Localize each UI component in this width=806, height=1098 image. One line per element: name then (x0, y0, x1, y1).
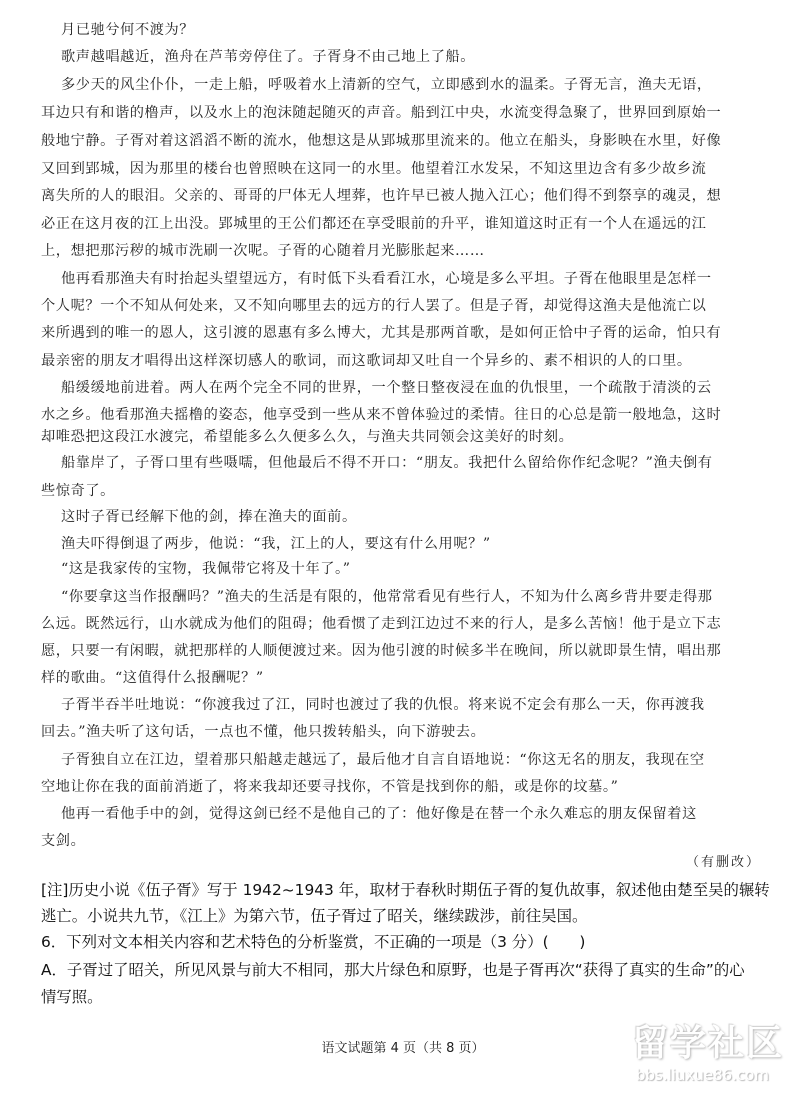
passage-line: 来所遇到的唯一的恩人，这引渡的恩惠有多么博大，尤其是那两首歌，是如何正恰中子胥的… (41, 323, 761, 343)
annotation-line-2: 逃亡。小说共九节，《江上》为第六节，伍子胥过了昭关，继续跋涉，前往吴国。 (41, 906, 761, 926)
passage-line: 么远。既然远行，山水就成为他们的阻碍；他看惯了走到江边过不来的行人，是多么苦恼！… (41, 614, 761, 634)
passage-line: 歌声越唱越近，渔舟在芦苇旁停住了。子胥身不由己地上了船。 (61, 47, 781, 67)
question-6-stem: 6．下列对文本相关内容和艺术特色的分析鉴赏，不正确的一项是（3 分）( ) (41, 932, 761, 952)
passage-line: 愿，只要一有闲暇，就把那样的人顺便渡过来。因为他引渡的时候多半在晚间，所以就即景… (41, 641, 761, 661)
exam-page: 月已驰兮何不渡为？歌声越唱越近，渔舟在芦苇旁停住了。子胥身不由己地上了船。多少天… (0, 0, 806, 1098)
passage-line: 又回到郢城，因为那里的楼台也曾照映在这同一的水里。他望着江水发呆，不知这里边含有… (41, 159, 761, 179)
passage-line: 子胥独自立在江边，望着那只船越走越远了，最后他才自言自语地说：“你这无名的朋友，… (61, 750, 781, 770)
question-6-option-a-line-2: 情写照。 (41, 987, 761, 1007)
annotation-line-1: [注]历史小说《伍子胥》写于 1942~1943 年，取材于春秋时期伍子胥的复仇… (41, 880, 761, 900)
watermark-url: bbs.liuxue86.com (636, 1066, 802, 1084)
passage-line: 这时子胥已经解下他的剑，捧在渔夫的面前。 (61, 507, 781, 527)
passage-line: 样的歌曲。“这值得什么报酬呢？” (41, 668, 761, 688)
passage-line: 水之乡。他看那渔夫摇橹的姿态，他享受到一些从来不曾体验过的柔情。往日的心总是箭一… (41, 405, 761, 425)
passage-line: 他再一看他手中的剑，觉得这剑已经不是他自己的了：他好像是在替一个永久难忘的朋友保… (61, 804, 781, 824)
watermark-title: 留学社区 (632, 1022, 802, 1066)
passage-line: 上，想把那污秽的城市洗刷一次呢。子胥的心随着月光膨胀起来…… (41, 241, 761, 261)
passage-line: 月已驰兮何不渡为？ (61, 20, 781, 40)
passage-line: 多少天的风尘仆仆，一走上船，呼吸着水上清新的空气，立即感到水的温柔。子胥无言，渔… (61, 75, 781, 95)
passage-line: 离失所的人的眼泪。父亲的、哥哥的尸体无人埋葬，也许早已被人抛入江心；他们得不到祭… (41, 186, 761, 206)
question-6-option-a-line-1: A．子胥过了昭关，所见风景与前大不相同，那大片绿色和原野，也是子胥再次“获得了真… (41, 960, 761, 980)
passage-line: 般地宁静。子胥对着这滔滔不断的流水，他想这是从郢城那里流来的。他立在船头，身影映… (41, 131, 761, 151)
passage-line: 却唯恐把这段江水渡完，希望能多么久便多么久，与渔夫共同领会这美好的时刻。 (41, 427, 761, 447)
passage-line: 最亲密的朋友才唱得出这样深切感人的歌词，而这歌词却又吐自一个异乡的、素不相识的人… (41, 351, 761, 371)
passage-line: 他再看那渔夫有时抬起头望望远方，有时低下头看看江水，心境是多么平坦。子胥在他眼里… (61, 269, 781, 289)
passage-line: 必正在这月夜的江上出没。郢城里的王公们都还在享受眼前的升平，谁知道这时正有一个人… (41, 214, 761, 234)
watermark-logo: 留学社区 bbs.liuxue86.com (632, 1022, 802, 1094)
passage-line: 船靠岸了，子胥口里有些嗫嚅，但他最后不得不开口：“朋友。我把什么留给你作纪念呢？… (61, 453, 781, 473)
passage-line: 空地让你在我的面前消逝了，将来我却还要寻找你，不管是找到你的船，或是你的坟墓。” (41, 777, 761, 797)
passage-line: “你要拿这当作报酬吗？”渔夫的生活是有限的，他常常看见有些行人，不知为什么离乡背… (61, 587, 781, 607)
passage-line: 支剑。 (41, 831, 761, 851)
passage-line: 耳边只有和谐的橹声，以及水上的泡沫随起随灭的声音。船到江中央，水流变得急聚了，世… (41, 103, 761, 123)
passage-line: 回去。”渔夫听了这句话，一点也不懂，他只拨转船头，向下游驶去。 (41, 722, 761, 742)
passage-line: 个人呢？一个不知从何处来，又不知向哪里去的远方的行人罢了。但是子胥，却觉得这渔夫… (41, 296, 761, 316)
passage-line: 渔夫吓得倒退了两步，他说：“我，江上的人，要这有什么用呢？” (61, 534, 781, 554)
passage-line: 子胥半吞半吐地说：“你渡我过了江，同时也渡过了我的仇恨。将来说不定会有那么一天，… (61, 695, 781, 715)
passage-line: 船缓缓地前进着。两人在两个完全不同的世界，一个整日整夜浸在血的仇恨里，一个疏散于… (61, 378, 781, 398)
source-note: （有删改） (686, 853, 761, 873)
passage-line: 些惊奇了。 (41, 481, 761, 501)
passage-line: “这是我家传的宝物，我佩带它将及十年了。” (61, 559, 781, 579)
